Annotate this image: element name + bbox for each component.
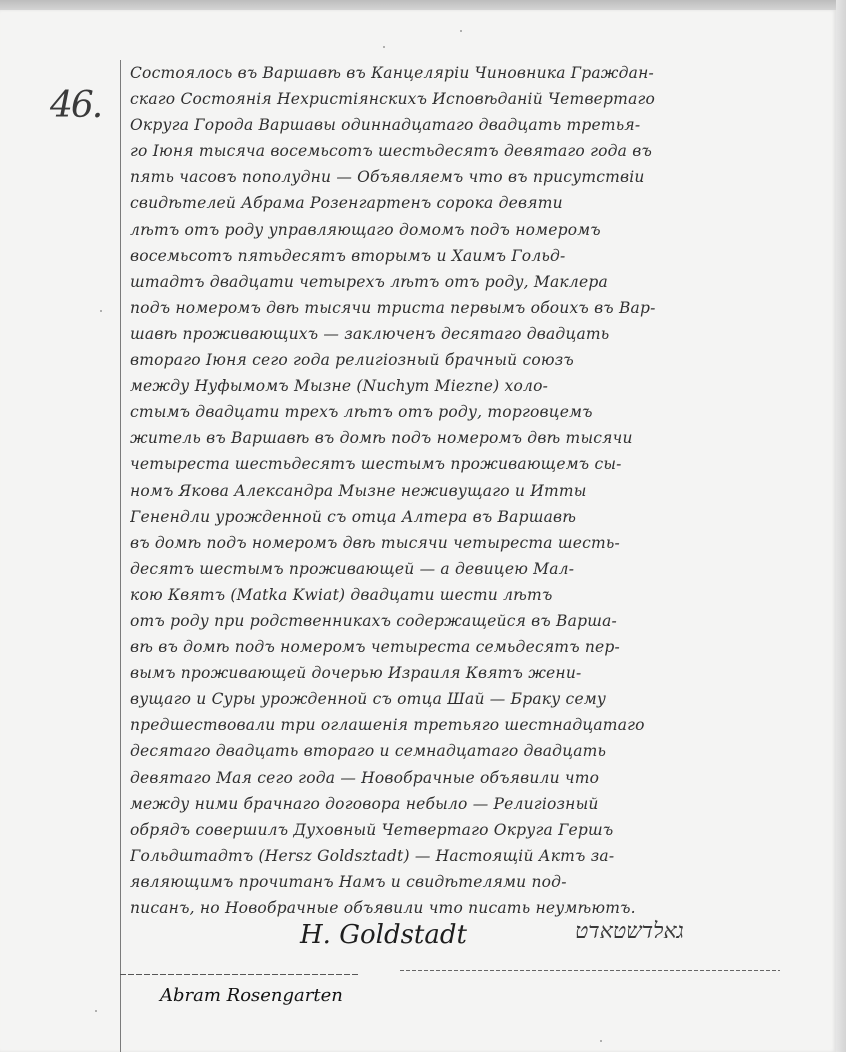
paper-speck	[460, 30, 462, 32]
text-line: предшествовали три оглашенія третьяго ше…	[130, 712, 820, 738]
signature-rule	[120, 974, 360, 975]
text-line: десятъ шестымъ проживающей — а девицею М…	[130, 556, 820, 582]
text-line: вымъ проживающей дочерью Израиля Квятъ ж…	[130, 660, 820, 686]
text-line: являющимъ прочитанъ Намъ и свидѣтелями п…	[130, 869, 820, 895]
text-line: Округа Города Варшавы одиннадцатаго двад…	[130, 112, 820, 138]
text-line: писанъ, но Новобрачные объявили что писа…	[130, 895, 820, 921]
text-line: четыреста шестьдесятъ шестымъ проживающе…	[130, 451, 820, 477]
text-line: между ними брачнаго договора небыло — Ре…	[130, 791, 820, 817]
text-line: между Нуфымомъ Мызне (Nuchym Miezne) хол…	[130, 373, 820, 399]
paper-speck	[600, 1040, 602, 1042]
paper-speck	[100, 310, 102, 312]
text-line: кою Квятъ (Matka Kwiat) двадцати шести л…	[130, 582, 820, 608]
text-line: восемьсотъ пятьдесятъ вторымъ и Хаимъ Го…	[130, 243, 820, 269]
text-line: лѣтъ отъ роду управляющаго домомъ подъ н…	[130, 217, 820, 243]
text-line: вѣ въ домѣ подъ номеромъ четыреста семьд…	[130, 634, 820, 660]
text-line: подъ номеромъ двѣ тысячи триста первымъ …	[130, 295, 820, 321]
signature-rosengarten: Abram Rosengarten	[160, 985, 343, 1006]
paper-speck	[383, 46, 385, 48]
act-number: 46.	[50, 85, 101, 126]
text-line: десятаго двадцать втораго и семнадцатаго…	[130, 738, 820, 764]
text-line: обрядъ совершилъ Духовный Четвертаго Окр…	[130, 817, 820, 843]
text-line: девятаго Мая сего года — Новобрачные объ…	[130, 765, 820, 791]
text-line: житель въ Варшавѣ въ домѣ подъ номеромъ …	[130, 425, 820, 451]
record-body: Состоялось въ Варшавѣ въ Канцеляріи Чино…	[130, 60, 820, 921]
text-line: Состоялось въ Варшавѣ въ Канцеляріи Чино…	[130, 60, 820, 86]
text-line: стымъ двадцати трехъ лѣтъ отъ роду, торг…	[130, 399, 820, 425]
text-line: Гольдштадтъ (Hersz Goldsztadt) — Настоящ…	[130, 843, 820, 869]
margin-rule	[120, 60, 121, 1052]
text-line: го Іюня тысяча восемьсотъ шестьдесятъ де…	[130, 138, 820, 164]
text-line: отъ роду при родственникахъ содержащейся…	[130, 608, 820, 634]
text-line: въ домѣ подъ номеромъ двѣ тысячи четырес…	[130, 530, 820, 556]
text-line: пять часовъ пополудни — Объявляемъ что в…	[130, 164, 820, 190]
page-right-edge	[836, 0, 846, 1052]
text-line: вущаго и Суры урожденной съ отца Шай — Б…	[130, 686, 820, 712]
signature-goldstadt: H. Goldstadt	[300, 920, 467, 950]
text-line: свидѣтелей Абрама Розенгартенъ сорока де…	[130, 190, 820, 216]
text-line: штадтъ двадцати четырехъ лѣтъ отъ роду, …	[130, 269, 820, 295]
signature-rule	[400, 970, 780, 971]
text-line: втораго Іюня сего года религіозный брачн…	[130, 347, 820, 373]
signature-hebrew: גאלדשטאדט	[575, 918, 684, 944]
paper-speck	[95, 1010, 97, 1012]
text-line: номъ Якова Александра Мызне неживущаго и…	[130, 478, 820, 504]
text-line: Генендли урожденной съ отца Алтера въ Ва…	[130, 504, 820, 530]
text-line: шавѣ проживающихъ — заключенъ десятаго д…	[130, 321, 820, 347]
text-line: скаго Состоянія Нехристіянскихъ Исповѣда…	[130, 86, 820, 112]
